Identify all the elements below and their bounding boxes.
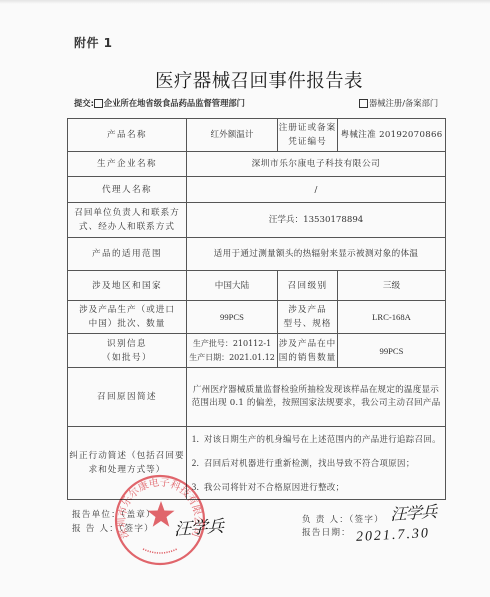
checkbox-registration-dept (359, 99, 368, 108)
submit-option-registration: 器械注册/备案部门 (359, 97, 438, 109)
checkbox-provincial-dept (94, 99, 103, 108)
responsible-person-label: 负 责 人：（签字） (302, 513, 384, 525)
reason-line: 广州医疗器械质量监督检验所抽检发现该样品在规定的温度显示 (187, 384, 445, 397)
row-scope: 产品的适用范围 适用于通过测量额头的热辐射来显示被测对象的体温 (68, 238, 446, 271)
recall-level-value: 三级 (338, 271, 446, 301)
action-number: 2. (187, 458, 204, 468)
attachment-label: 附件 1 (74, 34, 113, 51)
manufacturer-value: 深圳市乐尔康电子科技有限公司 (187, 152, 446, 177)
model-value: LRC-168A (338, 301, 446, 334)
model-label-line: 型号、规格 (278, 317, 337, 331)
model-label-line: 涉及产品 (278, 303, 337, 317)
row-manufacturer: 生产企业名称 深圳市乐尔康电子科技有限公司 (68, 152, 446, 177)
page-title: 医疗器械召回事件报告表 (155, 67, 363, 93)
agent-label: 代理人名称 (68, 177, 187, 203)
reason-label: 召回原因简述 (68, 368, 187, 427)
identification-label: 识别信息 （如批号） (68, 334, 187, 368)
row-batch: 涉及产品生产（或进口 中国）批次、数量 99PCS 涉及产品 型号、规格 LRC… (68, 301, 446, 334)
china-sales-label-line: 涉及产品在中 (278, 337, 337, 351)
option-registration-dept-label: 器械注册/备案部门 (369, 97, 438, 109)
scope-value: 适用于通过测量额头的热辐射来显示被测对象的体温 (187, 238, 446, 271)
batch-label: 涉及产品生产（或进口 中国）批次、数量 (68, 301, 187, 334)
row-product-name: 产品名称 红外额温计 注册证或备案 凭证编号 粤械注准 20192070866 (68, 119, 446, 152)
batch-number: 生产批号：210112-1 (187, 337, 277, 351)
identification-label-line: （如批号） (68, 351, 186, 365)
action-item: 3. 我公司将针对不合格原因进行整改； (187, 475, 445, 499)
report-date-label: 报告日期： (302, 526, 351, 538)
row-reason: 召回原因简述 广州医疗器械质量监督检验所抽检发现该样品在规定的温度显示 范围出现… (68, 368, 446, 427)
action-item: 2. 召回后对机器进行重新检测，找出导致不符合项原因； (187, 451, 445, 475)
submit-line: 提交: 企业所在地省级食品药品监督管理部门 (74, 97, 245, 109)
recall-level-label: 召回级别 (278, 271, 338, 301)
contact-label-line: 召回单位负责人和联系方 (68, 206, 186, 220)
china-sales-value: 99PCS (338, 334, 446, 368)
contact-label: 召回单位负责人和联系方 式、经办人和联系方式 (68, 203, 187, 238)
identification-label-line: 识别信息 (68, 337, 186, 351)
manufacturer-label: 生产企业名称 (68, 152, 187, 177)
batch-label-line: 中国）批次、数量 (68, 317, 186, 331)
region-value: 中国大陆 (187, 271, 278, 301)
row-identification: 识别信息 （如批号） 生产批号：210112-1 生产日期：2021.01.12… (68, 334, 446, 368)
seal-code-text (143, 549, 177, 553)
star-icon (148, 501, 175, 527)
report-date-handwritten: 2021.7.30 (356, 526, 431, 546)
registration-number: 粤械注准 20192070866 (338, 119, 446, 152)
responsible-signature: 汪学兵 (389, 499, 441, 525)
registration-label-line: 凭证编号 (278, 135, 337, 149)
action-text: 对该日期生产的机身编号在上述范围内的产品进行追踪召回。 (204, 433, 441, 445)
company-seal-stamp: 深圳市乐尔康电子科技有限公司 (113, 473, 207, 567)
row-region: 涉及地区和国家 中国大陆 召回级别 三级 (68, 271, 446, 301)
batch-label-line: 涉及产品生产（或进口 (68, 303, 186, 317)
model-label: 涉及产品 型号、规格 (278, 301, 338, 334)
corrective-action-label-line: 纠正行动简述（包括召回要 (68, 449, 186, 463)
agent-value: / (187, 177, 446, 203)
corrective-action-list: 1. 对该日期生产的机身编号在上述范围内的产品进行追踪召回。 2. 召回后对机器… (187, 427, 446, 500)
action-number: 1. (187, 434, 204, 444)
option-provincial-dept-label: 企业所在地省级食品药品监督管理部门 (104, 97, 245, 109)
batch-quantity: 99PCS (187, 301, 278, 334)
scope-label: 产品的适用范围 (68, 238, 187, 271)
identification-value: 生产批号：210112-1 生产日期：2021.01.12 (187, 334, 278, 368)
recall-report-table: 产品名称 红外额温计 注册证或备案 凭证编号 粤械注准 20192070866 … (67, 118, 446, 500)
reason-value: 广州医疗器械质量监督检验所抽检发现该样品在规定的温度显示 范围出现 0.1 的偏… (187, 368, 446, 427)
submit-prefix: 提交: (74, 97, 94, 109)
china-sales-label-line: 国的销售数量 (278, 351, 337, 365)
action-text: 召回后对机器进行重新检测，找出导致不符合项原因； (204, 457, 415, 469)
product-name-label: 产品名称 (68, 119, 187, 152)
production-date: 生产日期：2021.01.12 (187, 351, 277, 365)
row-agent: 代理人名称 / (68, 177, 446, 203)
scan-edge-shade (0, 0, 490, 4)
china-sales-label: 涉及产品在中 国的销售数量 (278, 334, 338, 368)
contact-value: 汪学兵：13530178894 (187, 203, 446, 238)
region-label: 涉及地区和国家 (68, 271, 187, 301)
row-contact: 召回单位负责人和联系方 式、经办人和联系方式 汪学兵：13530178894 (68, 203, 446, 238)
action-text: 我公司将针对不合格原因进行整改； (204, 481, 344, 493)
action-item: 1. 对该日期生产的机身编号在上述范围内的产品进行追踪召回。 (187, 427, 445, 451)
contact-label-line: 式、经办人和联系方式 (68, 220, 186, 234)
registration-label-line: 注册证或备案 (278, 121, 337, 135)
product-name-value: 红外额温计 (187, 119, 278, 152)
reason-line: 范围出现 0.1 的偏差，按照国家法规要求，我公司主动召回产品 (187, 397, 445, 410)
registration-label: 注册证或备案 凭证编号 (278, 119, 338, 152)
